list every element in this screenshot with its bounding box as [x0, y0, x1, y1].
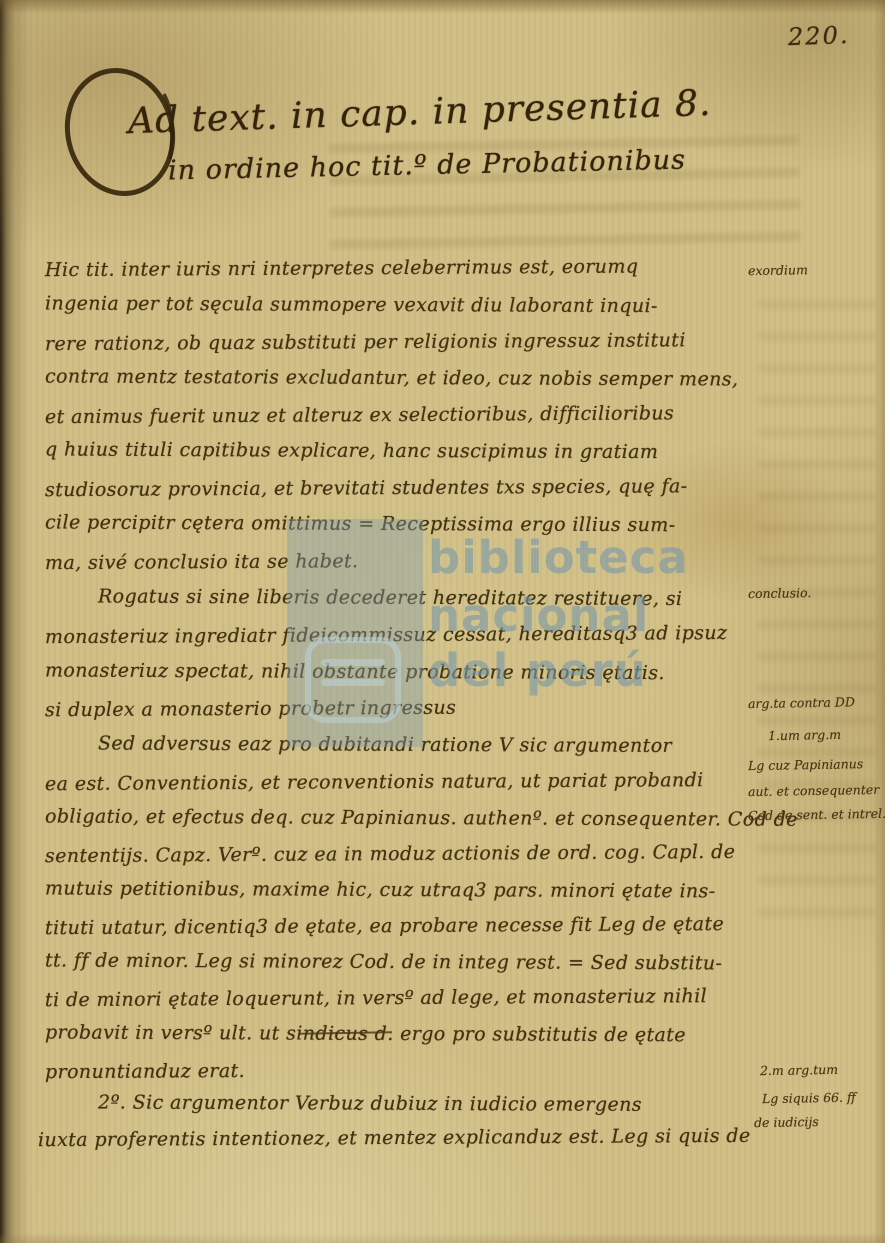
margin-note-exordium: exordium	[748, 261, 883, 278]
margin-note-lex-siquis: Lg siquis 66. ff	[762, 1089, 885, 1106]
margin-note-arg-contra: arg.ta contra DD	[748, 694, 883, 711]
body-line: probavit in versº ult. ut sindicus d. er…	[45, 1020, 753, 1047]
margin-note-aut-consequenter: aut. et consequenter	[748, 782, 883, 799]
manuscript-page: 220. Ad text. in cap. in presentia 8. in…	[0, 0, 885, 1243]
margin-note-cod-sent: Cod de sent. et intrel.	[748, 806, 883, 823]
margin-note-first-arg: 1.um arg.m	[768, 726, 885, 743]
verso-showthrough-right	[758, 300, 876, 940]
body-line: q huius tituli capitibus explicare, hanc…	[45, 437, 753, 464]
body-line: sententijs. Capz. Verº. cuz ea in moduz …	[45, 840, 753, 868]
body-line: monasteriuz spectat, nihil obstante prob…	[45, 658, 753, 685]
margin-note-second-arg: 2.m arg.tum	[760, 1061, 885, 1078]
body-line: rere rationz, ob quaz substituti per rel…	[45, 328, 753, 356]
body-line: mutuis petitionibus, maxime hic, cuz utr…	[45, 876, 753, 903]
heading-line-1: Ad text. in cap. in presentia 8.	[128, 83, 713, 142]
body-line: ma, sivé conclusio ita se habet.	[45, 547, 753, 575]
body-line: 2º. Sic argumentor Verbuz dubiuz in iudi…	[98, 1090, 806, 1117]
body-line: studiosoruz provincia, et brevitati stud…	[45, 474, 753, 502]
body-line: obligatio, et efectus deq. cuz Papinianu…	[45, 804, 753, 831]
body-line: ingenia per tot sęcula summopere vexavit…	[45, 291, 753, 318]
body-line: ea est. Conventionis, et reconventionis …	[45, 768, 753, 796]
body-line: Rogatus si sine liberis decederet heredi…	[98, 584, 806, 611]
body-line: contra mentz testatoris excludantur, et …	[45, 364, 753, 391]
body-line: tt. ff de minor. Leg si minorez Cod. de …	[45, 948, 753, 975]
margin-note-conclusio: conclusio.	[748, 584, 883, 601]
margin-note-de-iudicijs: de iudicijs	[754, 1113, 885, 1130]
body-line: et animus fuerit unuz et alteruz ex sele…	[45, 401, 753, 429]
body-line: tituti utatur, dicentiq3 de ętate, ea pr…	[45, 912, 753, 940]
margin-note-lex-papinianus: Lg cuz Papinianus	[748, 756, 883, 773]
body-line: iuxta proferentis intentionez, et mentez…	[38, 1124, 746, 1152]
body-line: si duplex a monasterio probetr ingressus	[45, 694, 753, 722]
body-line: Sed adversus eaz pro dubitandi ratione V…	[98, 731, 806, 758]
body-line: cile percipitr cętera omittimus = Recept…	[45, 510, 753, 537]
folio-number: 220.	[788, 21, 850, 51]
body-line: pronuntianduz erat.	[45, 1056, 753, 1084]
body-line: Hic tit. inter iuris nri interpretes cel…	[45, 254, 753, 282]
body-line: monasteriuz ingrediatr fideicommissuz ce…	[45, 621, 753, 649]
body-line: ti de minori ętate loquerunt, in versº a…	[45, 984, 753, 1012]
